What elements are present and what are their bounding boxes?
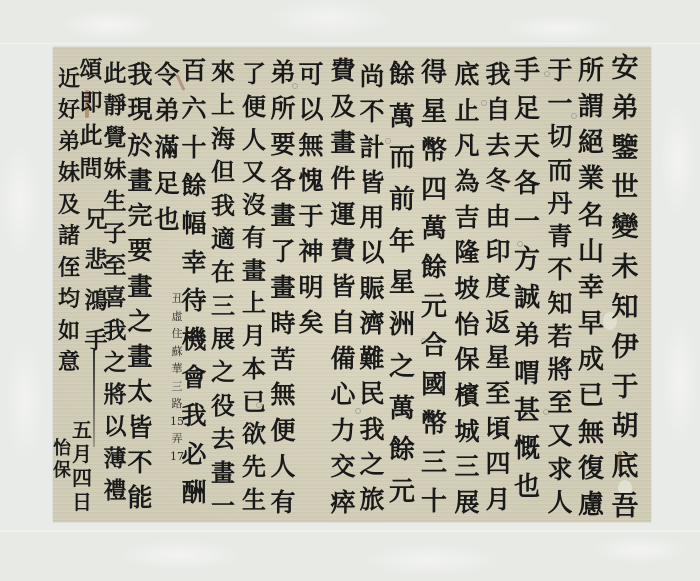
character: 謂 — [578, 94, 604, 120]
character: 胡 — [612, 413, 639, 440]
character: 月 — [485, 487, 510, 512]
character: 復 — [578, 456, 604, 482]
character: 近 — [58, 68, 80, 90]
character: 五 — [72, 420, 92, 440]
character: 安 — [612, 55, 639, 82]
character: 鑒 — [612, 135, 639, 162]
character: 幸 — [181, 250, 206, 275]
character: 又 — [547, 423, 572, 448]
character: 元 — [421, 294, 447, 320]
character: 城 — [454, 419, 479, 444]
character: 矣 — [298, 310, 323, 335]
character: 頃 — [485, 416, 510, 441]
character: 幣 — [421, 411, 447, 437]
character: 均 — [58, 288, 80, 310]
character: 名 — [578, 203, 604, 229]
character: 而 — [547, 158, 572, 183]
character: 各 — [270, 167, 295, 192]
character: 丑 — [172, 293, 183, 304]
character: 住 — [172, 328, 183, 339]
character: 酬 — [181, 480, 206, 505]
character: 弄 — [172, 433, 183, 444]
character: 年 — [389, 229, 415, 255]
character: 之 — [389, 354, 415, 380]
character: 萬 — [421, 216, 447, 242]
character: 三 — [172, 381, 183, 392]
character: 15 — [170, 416, 184, 427]
character: 世 — [612, 174, 639, 201]
character: 薄 — [104, 447, 127, 470]
character: 也 — [514, 474, 540, 500]
character: 上 — [211, 93, 235, 117]
character: 適 — [211, 227, 235, 251]
character: 尚 — [359, 64, 384, 89]
character: 知 — [547, 291, 572, 316]
character: 難 — [359, 346, 384, 371]
character: 悲 — [85, 248, 108, 271]
character: 元 — [389, 479, 415, 505]
character: 畫 — [330, 130, 355, 155]
character: 人 — [242, 128, 266, 152]
character: 未 — [612, 254, 639, 281]
character: 百 — [181, 58, 206, 83]
character: 將 — [104, 383, 127, 406]
character: 如 — [58, 320, 80, 342]
character: 青 — [547, 224, 572, 249]
character: 展 — [211, 327, 235, 351]
character: 要 — [270, 132, 295, 157]
character: 蘇 — [172, 346, 183, 357]
character: 餘 — [421, 255, 447, 281]
character: 本 — [242, 357, 266, 381]
character: 來 — [211, 60, 235, 84]
character: 弟 — [514, 323, 540, 349]
character: 不 — [359, 99, 384, 124]
character: 方 — [514, 247, 540, 273]
character: 隆 — [454, 240, 479, 265]
character: 于 — [612, 374, 639, 401]
character: 人 — [547, 490, 572, 515]
character: 弟 — [612, 95, 639, 122]
character: 好 — [58, 99, 80, 121]
character: 賑 — [359, 276, 384, 301]
character: 坡 — [454, 276, 479, 301]
character: 萬 — [389, 104, 415, 130]
character: 日 — [72, 492, 92, 512]
character: 用 — [359, 205, 384, 230]
character: 怡 — [53, 440, 71, 458]
character: 得 — [421, 60, 447, 86]
character: 山 — [578, 239, 604, 265]
character: 滿 — [154, 135, 179, 160]
character: 求 — [547, 457, 572, 482]
character: 沒 — [242, 193, 266, 217]
character: 至 — [547, 390, 572, 415]
character: 心 — [330, 382, 355, 407]
character: 底 — [454, 62, 479, 87]
letter-column-14: 來上海但我適在三展之役去畫一 — [206, 60, 240, 518]
character: 足 — [154, 171, 179, 196]
character: 兄 — [85, 208, 108, 231]
character: 業 — [578, 166, 604, 192]
character: 去 — [211, 427, 235, 451]
character: 由 — [485, 204, 510, 229]
character: 一 — [514, 209, 540, 235]
character: 合 — [421, 333, 447, 359]
character: 費 — [330, 58, 355, 83]
character: 至 — [485, 381, 510, 406]
character: 無 — [270, 382, 295, 407]
letter-column-3: 于一切而丹青不知若將至又求人 — [543, 58, 577, 515]
character: 星 — [421, 99, 447, 125]
character: 令 — [154, 62, 179, 87]
character: 足 — [514, 96, 540, 122]
character: 喟 — [514, 361, 540, 387]
character: 無 — [578, 420, 604, 446]
character: 前 — [389, 187, 415, 213]
character: 便 — [242, 95, 266, 119]
character: 幸 — [578, 275, 604, 301]
character: 以 — [298, 97, 323, 122]
character: 鴻 — [85, 289, 108, 312]
place-line: 怡保 — [45, 440, 79, 480]
character: 我 — [485, 62, 510, 87]
character: 諸 — [58, 225, 80, 247]
character: 星 — [485, 345, 510, 370]
character: 侄 — [58, 257, 80, 279]
character: 三 — [211, 294, 235, 318]
character: 甚 — [514, 398, 540, 424]
character: 于 — [298, 204, 323, 229]
character: 返 — [485, 310, 510, 335]
character: 之 — [211, 360, 235, 384]
letter-column-9: 尚不計皆用以賑濟難民我之旅 — [355, 64, 389, 512]
character: 慨 — [514, 436, 540, 462]
character: 冬 — [485, 168, 510, 193]
character: 及 — [330, 94, 355, 119]
character: 便 — [270, 418, 295, 443]
character: 但 — [211, 160, 235, 184]
character: 若 — [547, 324, 572, 349]
character: 弟 — [58, 131, 80, 153]
letter-column-6: 底止凡為吉隆坡怡保檳城三展 — [450, 62, 484, 515]
character: 弟 — [270, 60, 295, 85]
character: 弟 — [154, 98, 179, 123]
character: 而 — [389, 145, 415, 171]
character: 意 — [58, 351, 80, 373]
character: 了 — [270, 239, 295, 264]
character: 我 — [359, 417, 384, 442]
character: 力 — [330, 418, 355, 443]
character: 幅 — [181, 211, 206, 236]
character: 已 — [242, 390, 266, 414]
character: 為 — [454, 169, 479, 194]
character: 人 — [270, 454, 295, 479]
letter-column-5: 我自去冬由印度返星至頃四月 — [481, 62, 515, 512]
character: 底 — [612, 453, 639, 480]
character: 有 — [270, 490, 295, 515]
character: 了 — [242, 62, 266, 86]
character: 華 — [172, 363, 183, 374]
character: 虛 — [172, 311, 183, 322]
character: 三 — [454, 454, 479, 479]
character: 展 — [454, 490, 479, 515]
character: 國 — [421, 372, 447, 398]
letter-column-8: 餘萬而前年星洲之萬餘元 — [385, 62, 419, 505]
letter-column-4: 手足天各一方誠弟喟甚慨也 — [510, 58, 544, 500]
character: 畫 — [242, 259, 266, 283]
character: 洲 — [389, 312, 415, 338]
character: 交 — [330, 454, 355, 479]
character: 皆 — [359, 170, 384, 195]
letter-column-2: 所謂絕業名山幸早成已無復慮 — [574, 58, 608, 518]
character: 度 — [485, 274, 510, 299]
character: 自 — [485, 97, 510, 122]
character: 切 — [547, 124, 572, 149]
character: 皆 — [330, 274, 355, 299]
character: 禮 — [104, 479, 127, 502]
character: 有 — [242, 226, 266, 250]
character: 苦 — [270, 347, 295, 372]
character: 印 — [485, 239, 510, 264]
character: 自 — [330, 310, 355, 335]
character: 將 — [547, 357, 572, 382]
character: 妹 — [58, 162, 80, 184]
character: 畫 — [211, 461, 235, 485]
character: 畫 — [270, 203, 295, 228]
character: 伊 — [612, 334, 639, 361]
character: 萬 — [389, 396, 415, 422]
character: 運 — [330, 202, 355, 227]
letter-column-10: 費及畫件運費皆自備心力交瘁 — [326, 58, 360, 515]
character: 吉 — [454, 205, 479, 230]
letter-column-7: 得星幣四萬餘元合國幣三十 — [417, 60, 451, 515]
character: 十 — [181, 135, 206, 160]
character: 六 — [181, 96, 206, 121]
character: 慮 — [578, 492, 604, 518]
character: 手 — [514, 58, 540, 84]
character: 備 — [330, 346, 355, 371]
letter-column-1: 安弟鑒世變未知伊于胡底吾 — [608, 55, 642, 520]
character: 畫 — [270, 275, 295, 300]
character: 又 — [242, 160, 266, 184]
character: 怡 — [454, 312, 479, 337]
character: 三 — [421, 450, 447, 476]
character: 檳 — [454, 383, 479, 408]
character: 知 — [612, 294, 639, 321]
character: 誠 — [514, 285, 540, 311]
character: 四 — [485, 451, 510, 476]
character: 不 — [547, 257, 572, 282]
character: 民 — [359, 381, 384, 406]
character: 幣 — [421, 138, 447, 164]
character: 所 — [578, 58, 604, 84]
character: 止 — [454, 98, 479, 123]
character: 丹 — [547, 191, 572, 216]
character: 絕 — [578, 130, 604, 156]
character: 之 — [104, 351, 127, 374]
character: 時 — [270, 311, 295, 336]
character: 成 — [578, 347, 604, 373]
character: 凡 — [454, 133, 479, 158]
character: 餘 — [181, 173, 206, 198]
character: 先 — [242, 455, 266, 479]
character: 保 — [454, 347, 479, 372]
character: 愧 — [298, 168, 323, 193]
letter-column-13: 了便人又沒有畫上月本已欲先生 — [237, 62, 271, 512]
mounted-letter-scan: 安弟鑒世變未知伊于胡底吾 所謂絕業名山幸早成已無復慮 于一切而丹青不知若將至又求… — [0, 0, 700, 581]
character: 役 — [211, 394, 235, 418]
character: 我 — [211, 194, 235, 218]
character: 計 — [359, 135, 384, 160]
character: 星 — [389, 270, 415, 296]
character: 濟 — [359, 311, 384, 336]
character: 17 — [170, 451, 184, 462]
character: 在 — [211, 260, 235, 284]
character: 費 — [330, 238, 355, 263]
character: 可 — [298, 62, 323, 87]
character: 旅 — [359, 487, 384, 512]
character: 天 — [514, 134, 540, 160]
character: 已 — [578, 383, 604, 409]
character: 生 — [242, 488, 266, 512]
character: 四 — [421, 177, 447, 203]
character: 月 — [242, 324, 266, 348]
character: 及 — [58, 194, 80, 216]
character: 各 — [514, 171, 540, 197]
character: 餘 — [389, 437, 415, 463]
character: 餘 — [389, 62, 415, 88]
character: 變 — [612, 214, 639, 241]
character: 無 — [298, 133, 323, 158]
character: 欲 — [242, 422, 266, 446]
character: 一 — [211, 494, 235, 518]
character: 件 — [330, 166, 355, 191]
character: 早 — [578, 311, 604, 337]
character: 以 — [104, 415, 127, 438]
character: 神 — [298, 239, 323, 264]
character: 于 — [547, 58, 572, 83]
character: 明 — [298, 275, 323, 300]
character: 去 — [485, 133, 510, 158]
character: 也 — [154, 207, 179, 232]
character: 以 — [359, 240, 384, 265]
character: 路 — [172, 398, 183, 409]
character: 保 — [53, 462, 71, 480]
character: 所 — [270, 96, 295, 121]
letter-column-20: 近好弟妹及諸侄均如意 — [52, 68, 86, 373]
character: 吾 — [612, 493, 639, 520]
character: 之 — [359, 452, 384, 477]
character: 海 — [211, 127, 235, 151]
character: 十 — [421, 489, 447, 515]
character: 手 — [85, 329, 108, 352]
address-inscription: 丑虛住蘇華三路15弄17 — [168, 293, 186, 462]
letter-column-12: 弟所要各畫了畫時苦無便人有 — [266, 60, 300, 515]
character: 一 — [547, 91, 572, 116]
character: 上 — [242, 291, 266, 315]
character: 瘁 — [330, 490, 355, 515]
